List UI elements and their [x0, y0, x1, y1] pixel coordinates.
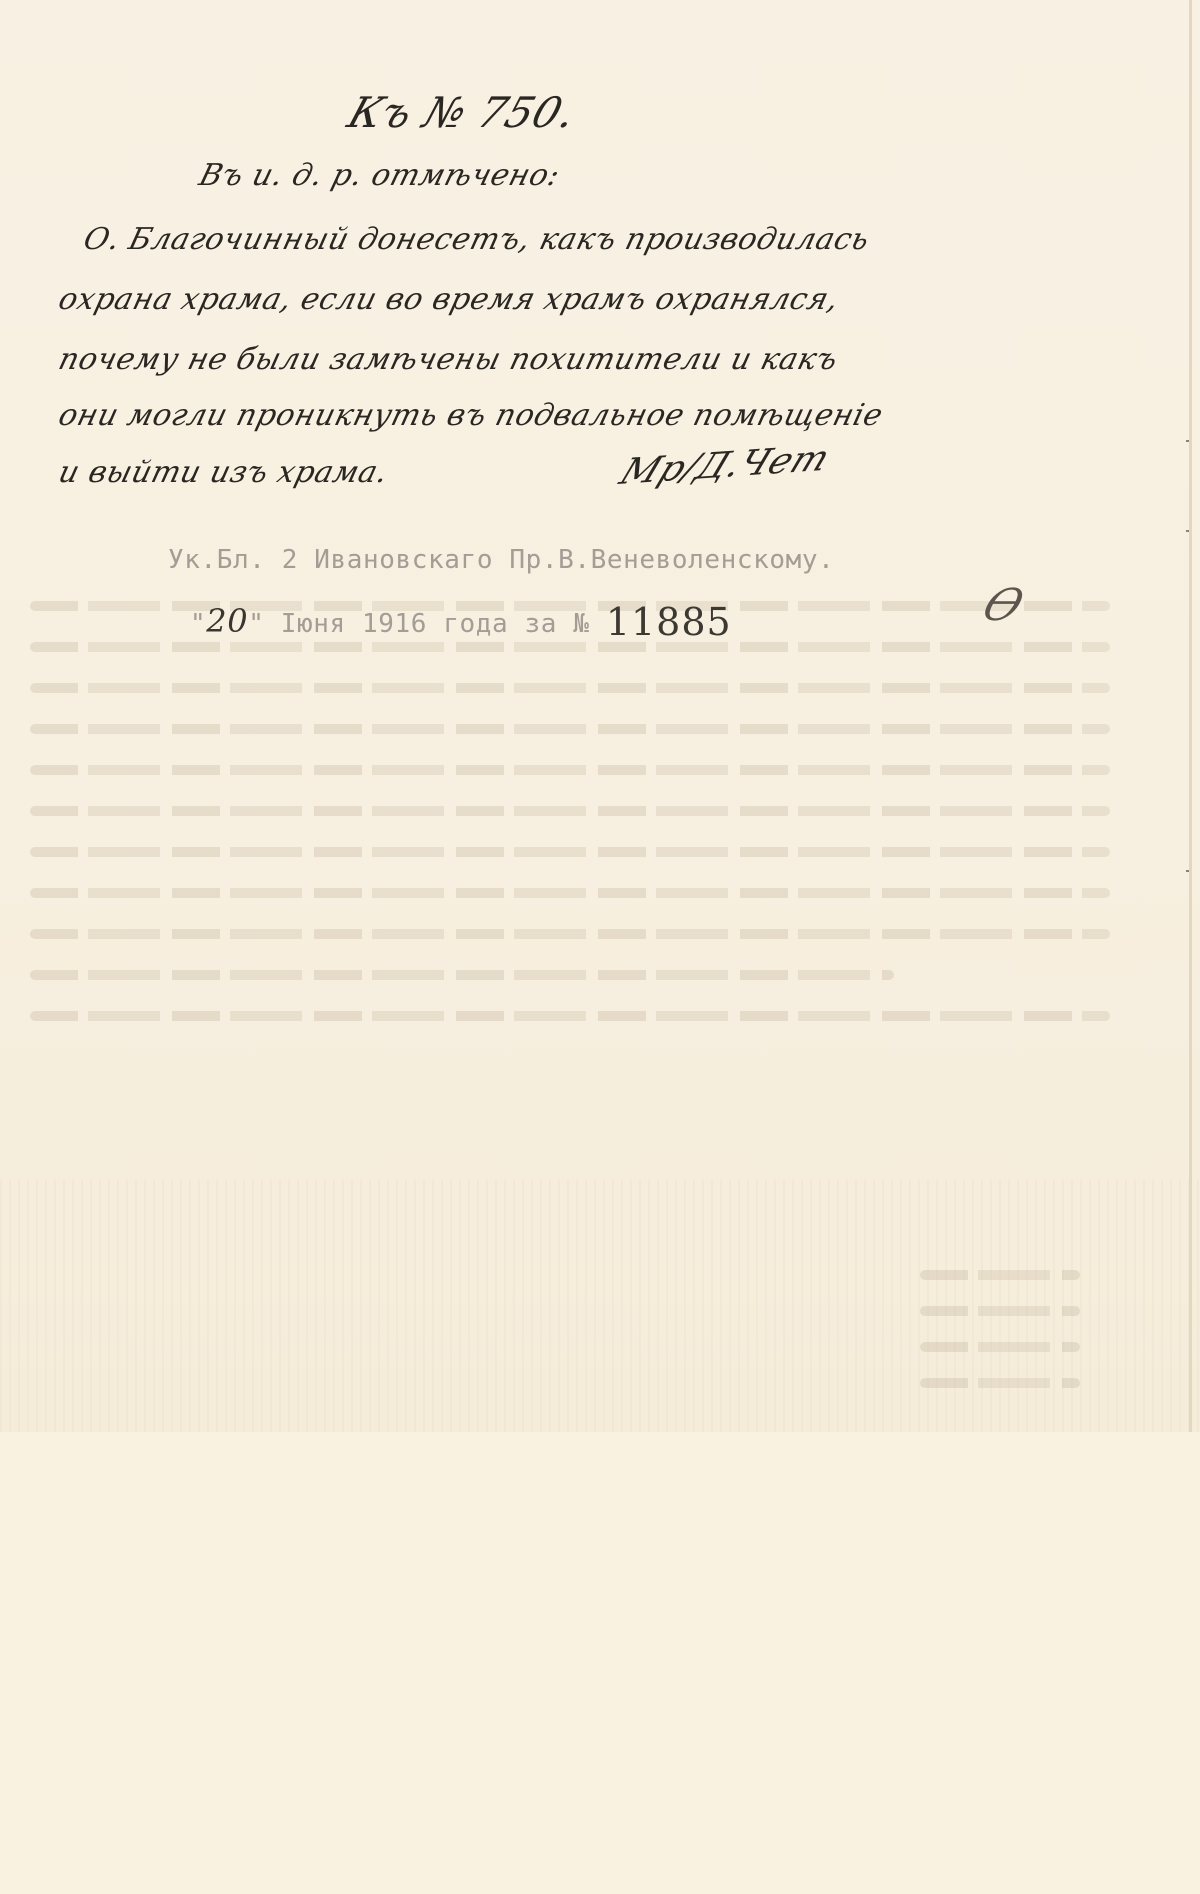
paper-grain — [0, 1180, 1200, 1432]
bleed-line — [30, 888, 1110, 898]
signature: Мр/Д.Чет — [614, 438, 836, 493]
bleed-line — [30, 1011, 1110, 1021]
resolution-heading: Въ и. д. р. отмѣчено: — [195, 158, 563, 193]
reference-number: Къ № 750. — [342, 88, 583, 137]
date-text: Іюня 1916 года за № — [281, 609, 590, 639]
quote-open: " — [190, 609, 206, 639]
edge-mark — [1186, 530, 1192, 532]
bleed-line — [30, 683, 1110, 693]
registry-number: 11885 — [606, 600, 732, 644]
typed-date-line: "20" Іюня 1916 года за № 11885 — [190, 600, 732, 644]
bleed-line — [30, 806, 1110, 816]
bleed-line — [30, 765, 1110, 775]
quote-close: " — [248, 609, 264, 639]
edge-mark — [1186, 440, 1192, 442]
bleed-line — [30, 970, 894, 980]
handwritten-line: охрана храма, если во время храмъ охраня… — [55, 282, 843, 317]
typed-address-line: Ук.Бл. 2 Ивановскаго Пр.В.Веневоленскому… — [168, 545, 834, 575]
edge-mark — [1186, 870, 1192, 872]
document-scan: Къ № 750. Въ и. д. р. отмѣчено: О. Благо… — [0, 0, 1200, 1432]
bleed-line — [30, 929, 1110, 939]
handwritten-line: почему не были замѣчены похитители и как… — [55, 342, 841, 377]
handwritten-line: и выйти изъ храма. — [55, 455, 392, 490]
handwritten-line: они могли проникнуть въ подвальное помѣщ… — [55, 398, 886, 433]
bleed-line — [30, 724, 1110, 734]
handwritten-line: О. Благочинный донесетъ, какъ производил… — [80, 222, 873, 257]
handwritten-day: 20 — [206, 602, 248, 640]
bleed-line — [30, 847, 1110, 857]
